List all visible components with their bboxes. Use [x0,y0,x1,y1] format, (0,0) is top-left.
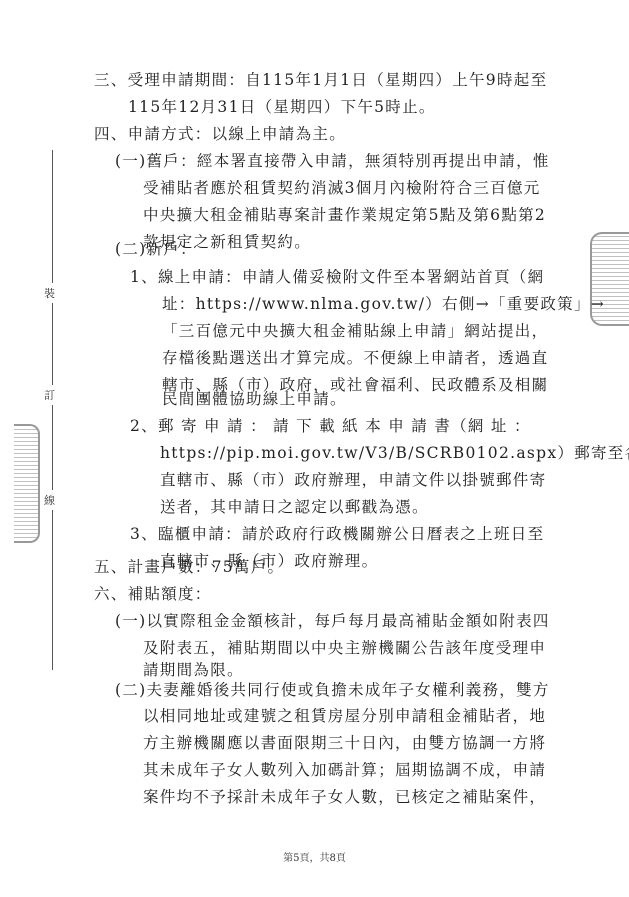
section-6-1-line-1: (一)以實際租金金額核計，每戶每月最高補貼金額如附表四 [115,611,550,631]
mail-apply-line-3: 直轄市、縣（市）政府辦理，申請文件以掛號郵件寄 [160,470,546,490]
document-page: 裝 訂 線 三、受理申請期間：自115年1月1日（星期四）上午9時起至 115年… [0,0,629,897]
section-6-2-line-4: 其未成年子女人數列入加碼計算；屆期協調不成，申請 [143,760,546,780]
online-apply-line-4: 存檔後點選送出才算完成。不便線上申請者，透過直 [162,348,548,368]
section-4-1-line-3: 中央擴大租金補貼專案計畫作業規定第5點及第6點第2 [143,205,546,225]
section-6-1-line-2: 及附表五，補貼期間以中央主辦機關公告該年度受理申 [143,638,546,658]
online-apply-line-1: 1、線上申請：申請人備妥檢附文件至本署網站首頁（網 [130,267,544,287]
section-6-heading: 六、補貼額度： [94,584,212,604]
binding-line [52,150,53,670]
counter-apply-line-1: 3、臨櫃申請：請於政府行政機關辦公日曆表之上班日至 [130,524,544,544]
section-5: 五、計畫戶數：75萬戶。 [94,557,284,577]
seal-stamp-icon [14,424,40,543]
mail-apply-line-2: https://pip.moi.gov.tw/V3/B/SCRB0102.asp… [160,443,629,463]
binding-char-ding: 訂 [44,385,55,405]
section-4-2-label: (二)新戶： [115,239,197,259]
section-4-1-line-1: (一)舊戶：經本署直接帶入申請，無須特別再提出申請，惟 [115,151,550,171]
online-apply-line-3: 「三百億元中央擴大租金補貼線上申請」網站提出， [162,321,548,341]
page-number: 第5頁，共8頁 [0,849,629,864]
section-4-1-line-2: 受補貼者應於租賃契約消滅3個月內檢附符合三百億元 [143,178,541,198]
section-6-2-line-1: (二)夫妻離婚後共同行使或負擔未成年子女權利義務，雙方 [115,680,550,700]
online-apply-line-6: 民間團體協助線上申請。 [162,389,347,409]
section-6-1-line-3: 請期間為限。 [143,660,244,680]
section-3-line-2: 115年12月31日（星期四）下午5時止。 [128,97,436,117]
binding-char-xian: 線 [44,490,55,510]
section-4-heading: 四、申請方式：以線上申請為主。 [94,124,346,144]
section-6-2-line-5: 案件均不予採計未成年子女人數，已核定之補貼案件， [143,787,546,807]
section-6-2-line-3: 方主辦機關應以書面限期三十日內，由雙方協調一方將 [143,733,546,753]
mail-apply-line-1: 2、郵 寄 申 請 ： 請 下 載 紙 本 申 請 書（網 址 ： [130,416,531,436]
section-3-line-1: 三、受理申請期間：自115年1月1日（星期四）上午9時起至 [94,70,547,90]
section-6-2-line-2: 以相同地址或建號之租賃房屋分別申請租金補貼者，地 [143,706,546,726]
online-apply-line-2: 址：https://www.nlma.gov.tw/）右側→「重要政策」→ [162,294,605,314]
binding-char-zhuang: 裝 [44,283,55,303]
mail-apply-line-4: 送者，其申請日之認定以郵戳為憑。 [160,497,429,517]
